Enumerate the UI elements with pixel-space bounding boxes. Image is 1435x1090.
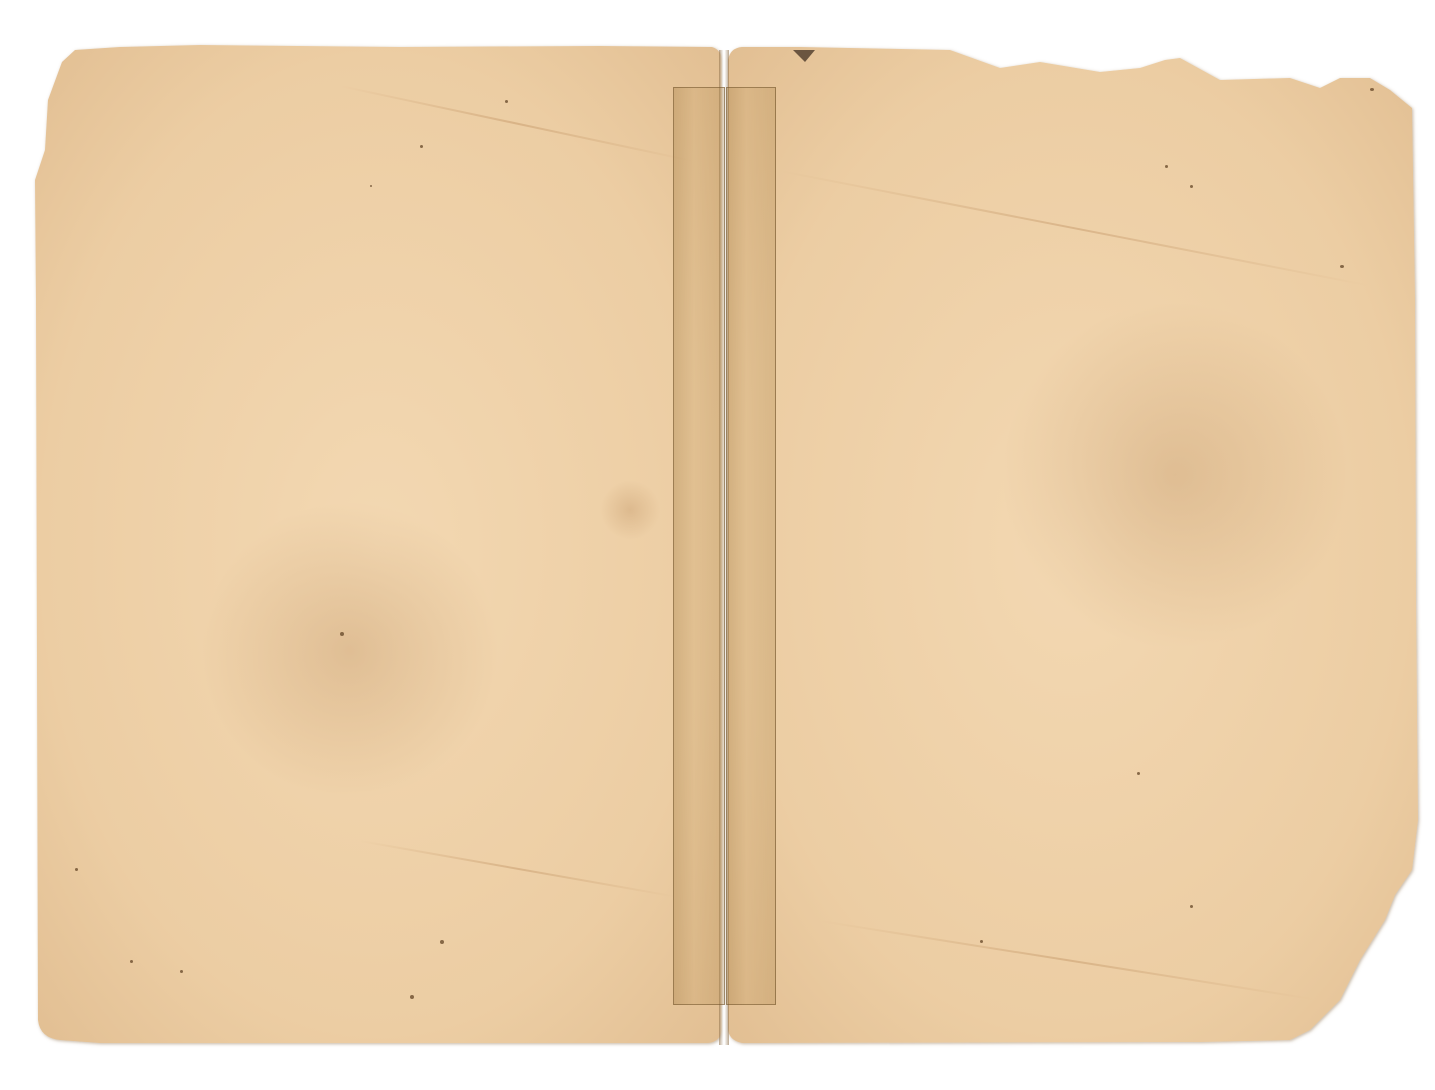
- spot: [505, 100, 508, 103]
- spot: [420, 145, 423, 148]
- spot: [1190, 905, 1193, 908]
- spot: [440, 940, 444, 944]
- spot: [1165, 165, 1168, 168]
- tape-strip-right: [726, 87, 776, 1005]
- spot: [1340, 265, 1344, 268]
- spot: [180, 970, 183, 973]
- tape-strip-left: [673, 87, 725, 1005]
- spot: [410, 995, 414, 999]
- spot: [1137, 772, 1140, 775]
- spot: [130, 960, 133, 963]
- spot: [1190, 185, 1193, 188]
- stain: [200, 500, 500, 800]
- spot: [370, 185, 372, 187]
- spot: [1370, 88, 1374, 91]
- spot: [340, 632, 344, 636]
- spot: [980, 940, 983, 943]
- stain: [1000, 300, 1350, 650]
- spot: [75, 868, 78, 871]
- book-cover-scene: [0, 0, 1435, 1090]
- stain: [600, 480, 660, 540]
